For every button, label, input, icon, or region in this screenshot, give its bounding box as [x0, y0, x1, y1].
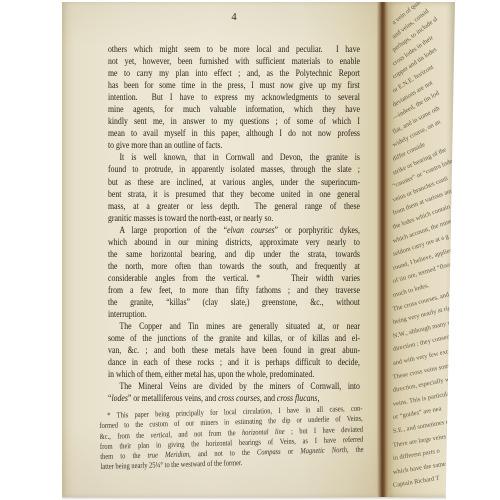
- facing-page: a vein of quartz, or quartzand veins, co…: [389, 2, 455, 497]
- text-line: The Mineral Veins are divided by the min…: [108, 381, 360, 393]
- text-line: in which of them, either metal has, upon…: [108, 369, 360, 381]
- text-line: has been for some time in the press, I m…: [108, 80, 360, 92]
- body-text: others which might seem to be more local…: [108, 44, 360, 405]
- footnote: * This paper being principally for local…: [99, 404, 364, 473]
- text-segment: but as these are inclined, at various an…: [108, 178, 360, 188]
- text-segment: ,: [317, 394, 319, 404]
- text-segment: kindly sent me, in answer to my question…: [108, 117, 360, 127]
- text-line: kindly sent me, in answer to my question…: [108, 116, 360, 128]
- text-line: the granite, “killas” (clay slate,) gree…: [108, 297, 360, 309]
- text-line: It is well known, that in Cornwall and D…: [108, 152, 360, 164]
- text-line: found to protrude, in apparently isolate…: [108, 164, 360, 176]
- text-segment: in which of them, either metal has, upon…: [108, 370, 314, 380]
- text-segment: bent strata, it is presumed that they be…: [108, 190, 360, 200]
- text-line: but as these are inclined, at various an…: [108, 177, 360, 189]
- text-segment: &c., from the: [100, 430, 151, 440]
- text-segment: me to carry my plan into effect ; and, a…: [108, 69, 360, 79]
- text-segment: found to protrude, in apparently isolate…: [108, 165, 360, 175]
- text-segment: , the: [347, 445, 364, 454]
- text-segment: The Copper and Tin mines are generally s…: [119, 322, 359, 332]
- text-segment: A large proportion of the “: [119, 226, 227, 236]
- text-segment: ” or porphyritic dykes,: [275, 226, 360, 236]
- paragraph: It is well known, that in Cornwall and D…: [108, 152, 360, 224]
- text-segment: the same horizontal bearing, and dip und…: [108, 250, 360, 260]
- text-line: intention. But I have to express my ackn…: [108, 92, 360, 104]
- text-segment: from a few feet, to more than fifty fath…: [108, 286, 360, 296]
- text-line: which abound in our mining districts, ap…: [108, 237, 360, 249]
- gutter-crease: [377, 2, 389, 497]
- text-segment: has been for some time in the press, I m…: [108, 81, 360, 91]
- italic-text: Magnetic North: [300, 445, 347, 455]
- text-segment: not yet, however, been furnished with su…: [108, 57, 360, 67]
- text-line: the north, more often than towards the s…: [108, 261, 360, 273]
- text-segment: mean to avail myself in this paper, alth…: [108, 129, 360, 139]
- italic-text: cross courses: [218, 394, 260, 404]
- text-segment: , and not from the: [170, 428, 242, 439]
- italic-text: cross flucans: [277, 394, 318, 404]
- italic-text: Compass: [257, 447, 281, 457]
- text-line: some of the junctions of the granite and…: [108, 333, 360, 345]
- italic-text: elvan courses: [227, 226, 275, 236]
- text-segment: van, &c. ; and both these metals have be…: [108, 346, 360, 356]
- text-line: mean to avail myself in this paper, alth…: [108, 128, 360, 140]
- text-segment: mine agents, for much valuable informati…: [108, 105, 360, 115]
- text-segment: to give more than an outline of facts.: [108, 141, 222, 151]
- text-segment: or: [281, 447, 301, 457]
- text-line: van, &c. ; and both these metals have be…: [108, 345, 360, 357]
- text-line: “lodes” or metalliferous veins, and cros…: [108, 393, 360, 405]
- text-segment: them to the: [100, 451, 148, 461]
- italic-text: horizontal line: [242, 426, 285, 436]
- text-segment: some of the junctions of the granite and…: [108, 334, 360, 344]
- text-segment: others which might seem to be more local…: [108, 45, 360, 55]
- text-segment: The Mineral Veins are divided by the min…: [119, 382, 359, 392]
- page-number: 4: [108, 12, 361, 23]
- text-line: not yet, however, been furnished with su…: [108, 56, 360, 68]
- text-segment: It is well known, that in Cornwall and D…: [119, 153, 359, 163]
- photo-of-book: 4 others which might seem to be more loc…: [0, 0, 500, 500]
- italic-text: lodes: [111, 394, 127, 404]
- text-line: bent strata, it is presumed that they be…: [108, 189, 360, 201]
- text-segment: dance in each of these rocks ; and it is…: [108, 358, 360, 368]
- text-segment: the granite, “killas” (clay slate,) gree…: [108, 298, 360, 308]
- text-segment: ; but I have deviated: [284, 424, 363, 435]
- text-segment: , and: [260, 394, 277, 404]
- paragraph: others which might seem to be more local…: [108, 44, 360, 152]
- paragraph: A large proportion of the “elvan courses…: [108, 225, 360, 321]
- text-segment: mass, at a greater or less depth. The ge…: [108, 202, 360, 212]
- paragraph: The Mineral Veins are divided by the min…: [108, 381, 360, 405]
- text-segment: the north, more often than towards the s…: [108, 262, 360, 272]
- text-line: me to carry my plan into effect ; and, a…: [108, 68, 360, 80]
- text-line: mass, at a greater or less depth. The ge…: [108, 201, 360, 213]
- text-segment: intention. But I have to express my ackn…: [108, 93, 360, 103]
- text-line: dance in each of these rocks ; and it is…: [108, 357, 360, 369]
- text-line: mine agents, for much valuable informati…: [108, 104, 360, 116]
- paragraph: The Copper and Tin mines are generally s…: [108, 321, 360, 381]
- text-line: interruption.: [108, 309, 360, 321]
- text-line: A large proportion of the “elvan courses…: [108, 225, 360, 237]
- text-line: granitic masses is toward the north-east…: [108, 213, 360, 225]
- text-segment: , and not to the: [189, 448, 257, 459]
- text-segment: ” or metalliferous veins, and: [128, 394, 218, 404]
- text-segment: which abound in our mining districts, ap…: [108, 238, 360, 248]
- text-segment: granitic masses is toward the north-east…: [108, 214, 273, 224]
- text-line: others which might seem to be more local…: [108, 44, 360, 56]
- italic-text: true Meridian: [147, 450, 189, 460]
- text-line: The Copper and Tin mines are generally s…: [108, 321, 360, 333]
- text-line: considerable angles from the vertical. *…: [108, 273, 360, 285]
- italic-text: vertical: [150, 430, 170, 440]
- text-segment: considerable angles from the vertical. *…: [108, 274, 360, 284]
- text-line: from a few feet, to more than fifty fath…: [108, 285, 360, 297]
- text-segment: interruption.: [108, 310, 147, 320]
- text-line: the same horizontal bearing, and dip und…: [108, 249, 360, 261]
- text-line: to give more than an outline of facts.: [108, 140, 360, 152]
